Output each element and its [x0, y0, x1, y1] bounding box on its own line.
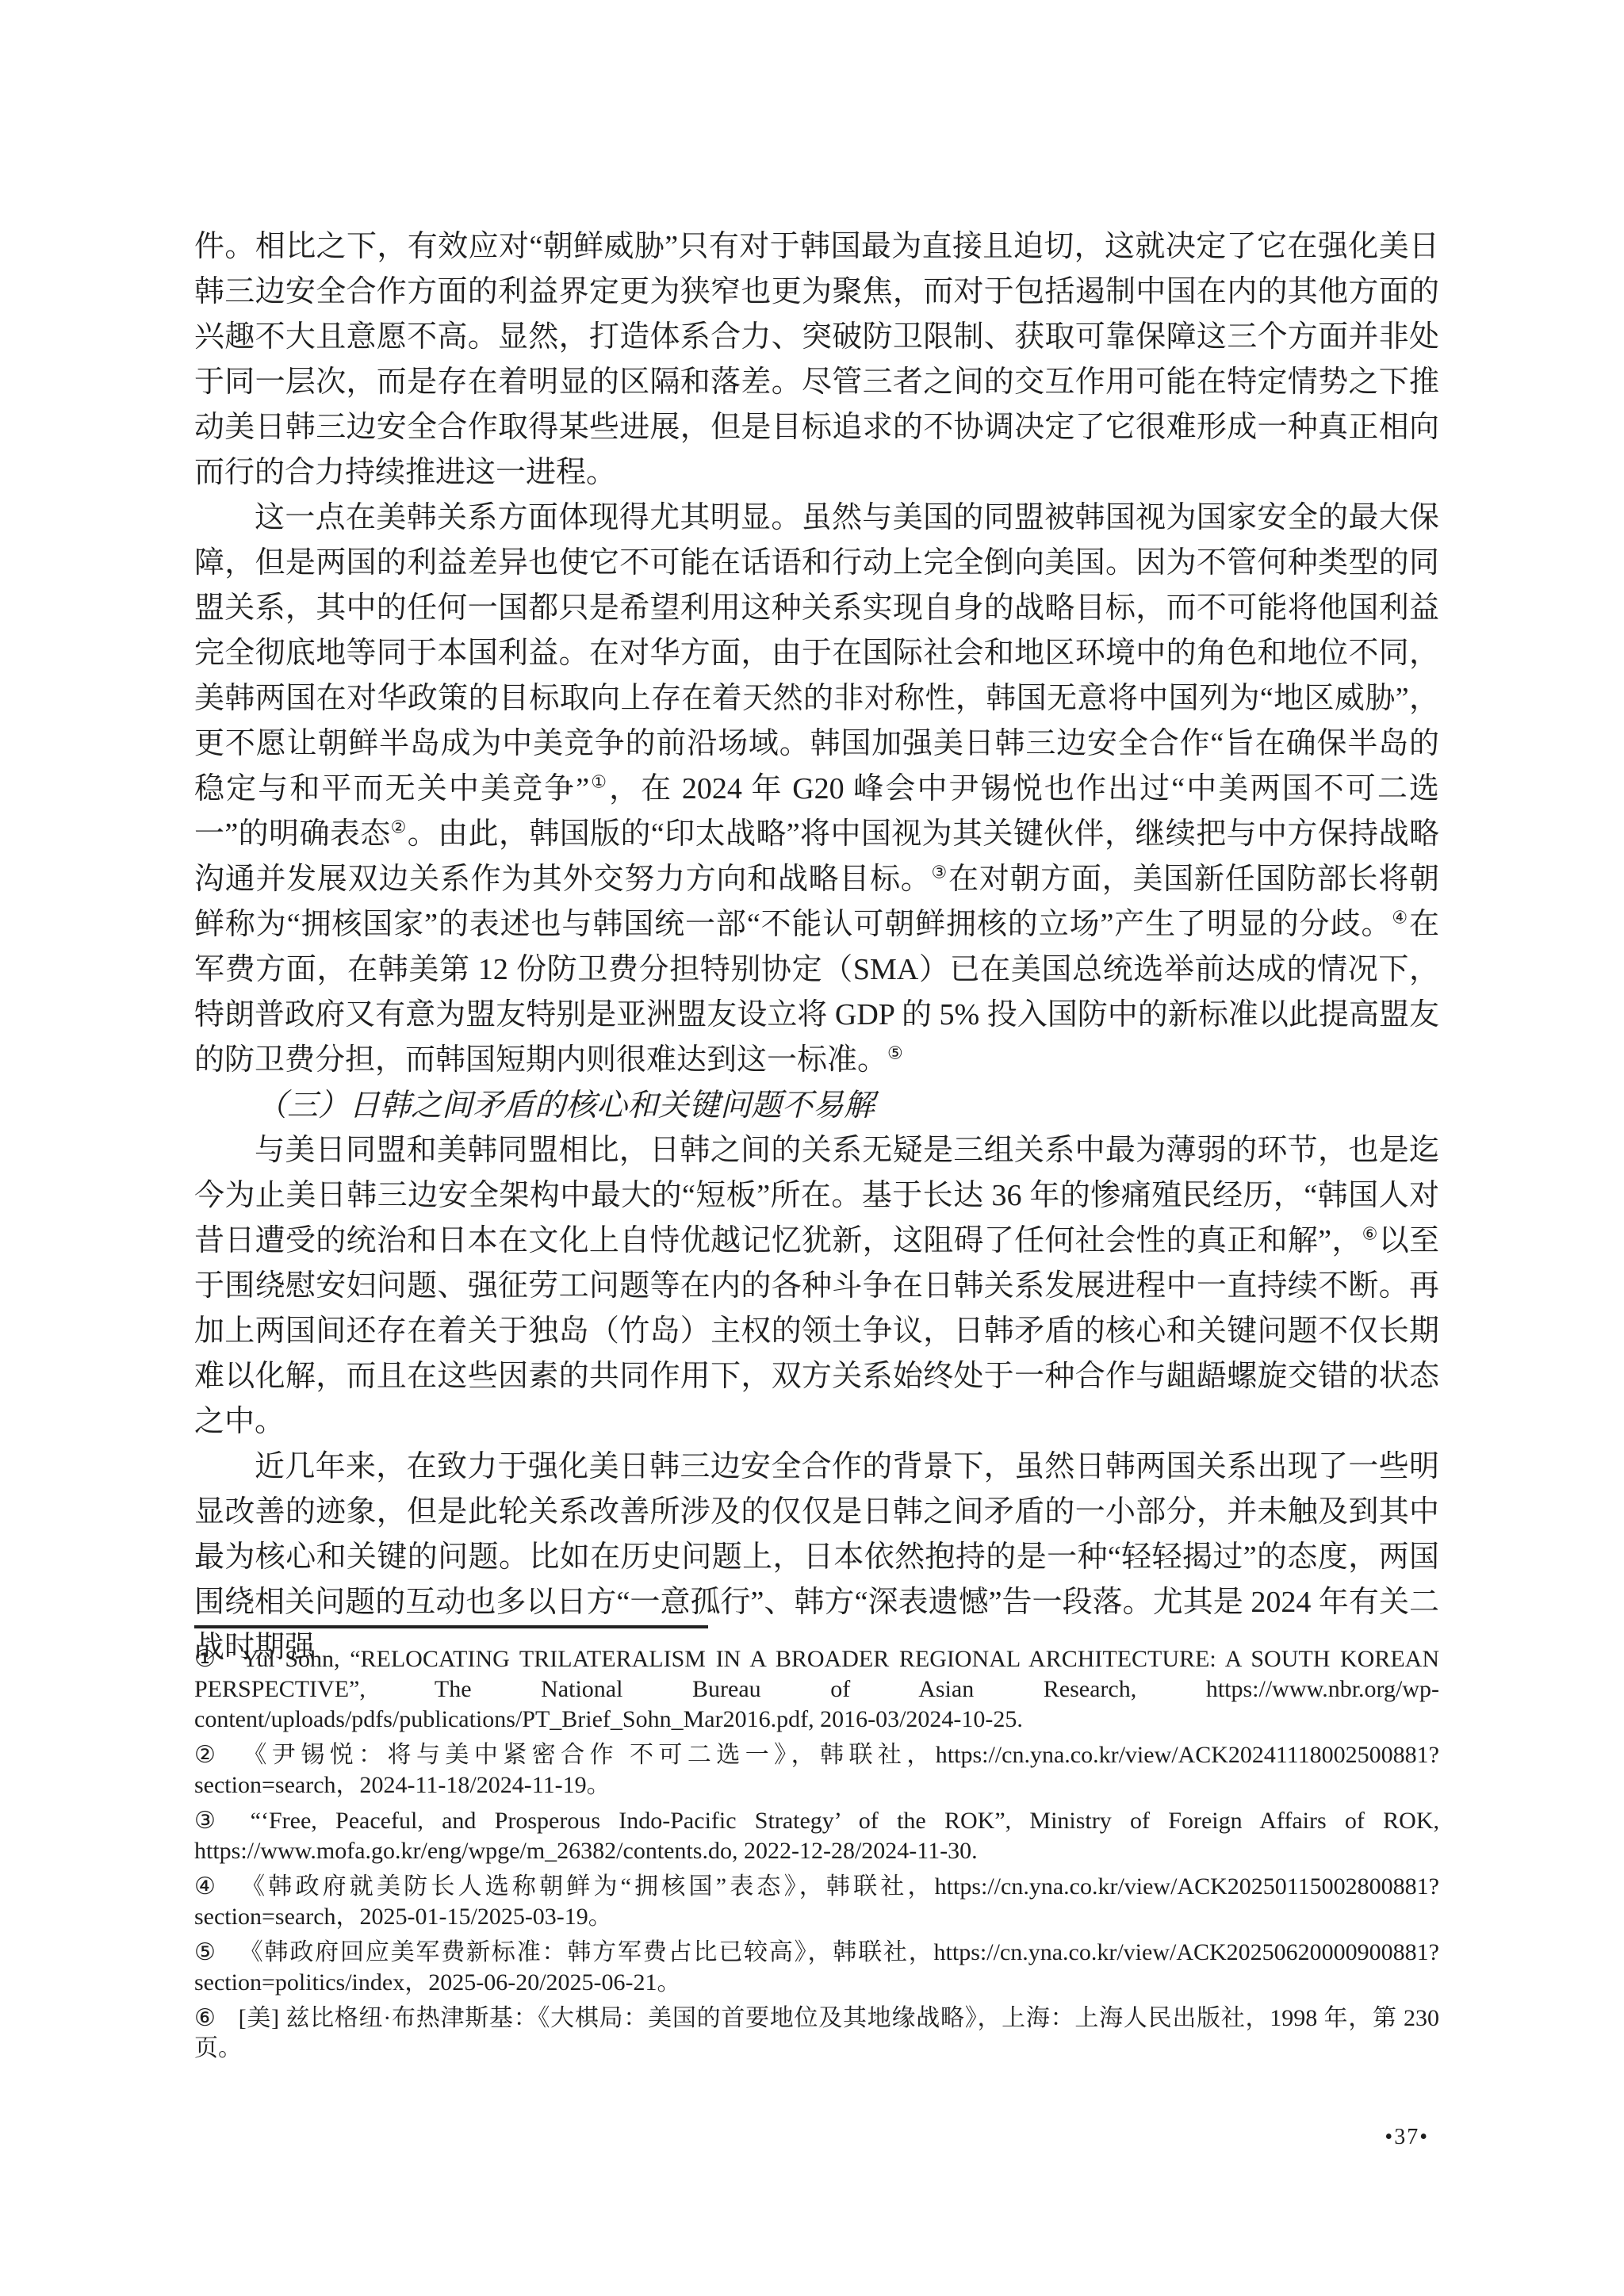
footnote-text: 《尹锡悦：将与美中紧密合作 不可二选一》，韩联社，https://cn.yna.…	[194, 1742, 1439, 1798]
paragraph-text: 这一点在美韩关系方面体现得尤其明显。虽然与美国的同盟被韩国视为国家安全的最大保障…	[194, 501, 1439, 806]
footnote-item: ②《尹锡悦：将与美中紧密合作 不可二选一》，韩联社，https://cn.yna…	[194, 1740, 1439, 1800]
paragraph-text: 与美日同盟和美韩同盟相比，日韩之间的关系无疑是三组关系中最为薄弱的环节，也是迄今…	[194, 1134, 1439, 1257]
paragraph: 近几年来，在致力于强化美日韩三边安全合作的背景下，虽然日韩两国关系出现了一些明显…	[194, 1445, 1439, 1670]
footnote-ref-5: ⑤	[887, 1043, 904, 1062]
footnote-separator	[194, 1625, 708, 1628]
footnote-ref-2: ②	[391, 817, 408, 836]
footnote-marker: ④	[194, 1873, 219, 1900]
footnote-ref-1: ①	[589, 771, 609, 791]
footnote-marker: ③	[194, 1808, 228, 1834]
paragraph-text: 近几年来，在致力于强化美日韩三边安全合作的背景下，虽然日韩两国关系出现了一些明显…	[194, 1450, 1439, 1664]
footnote-marker: ②	[194, 1742, 220, 1768]
paragraph: 件。相比之下，有效应对“朝鲜威胁”只有对于韩国最为直接且迫切，这就决定了它在强化…	[194, 224, 1439, 496]
footnote-item: ⑤《韩政府回应美军费新标准：韩方军费占比已较高》，韩联社，https://cn.…	[194, 1938, 1439, 1998]
footnote-item: ⑥[美] 兹比格纽·布热津斯基：《大棋局：美国的首要地位及其地缘战略》，上海：上…	[194, 2003, 1439, 2064]
paragraph-text: 件。相比之下，有效应对“朝鲜威胁”只有对于韩国最为直接且迫切，这就决定了它在强化…	[194, 230, 1439, 489]
footnote-text: [美] 兹比格纽·布热津斯基：《大棋局：美国的首要地位及其地缘战略》，上海：上海…	[194, 2005, 1439, 2061]
footnote-ref-4: ④	[1392, 907, 1409, 927]
footnote-marker: ⑤	[194, 1939, 217, 1965]
footnote-marker: ⑥	[194, 2005, 216, 2031]
article-body: 件。相比之下，有效应对“朝鲜威胁”只有对于韩国最为直接且迫切，这就决定了它在强化…	[194, 224, 1439, 1670]
footnote-ref-6: ⑥	[1362, 1223, 1379, 1243]
footnotes-section: ①Yul Sohn, “RELOCATING TRILATERALISM IN …	[194, 1644, 1439, 2069]
footnote-text: “‘Free, Peaceful, and Prosperous Indo-Pa…	[194, 1808, 1439, 1864]
paragraph: 这一点在美韩关系方面体现得尤其明显。虽然与美国的同盟被韩国视为国家安全的最大保障…	[194, 496, 1439, 1083]
paragraph: 与美日同盟和美韩同盟相比，日韩之间的关系无疑是三组关系中最为薄弱的环节，也是迄今…	[194, 1128, 1439, 1445]
footnote-item: ①Yul Sohn, “RELOCATING TRILATERALISM IN …	[194, 1644, 1439, 1735]
footnote-marker: ①	[194, 1646, 220, 1672]
footnote-item: ③“‘Free, Peaceful, and Prosperous Indo-P…	[194, 1806, 1439, 1866]
footnote-text: 《韩政府就美防长人选称朝鲜为“拥核国”表态》，韩联社，https://cn.yn…	[194, 1873, 1439, 1930]
footnote-text: Yul Sohn, “RELOCATING TRILATERALISM IN A…	[194, 1646, 1439, 1732]
footnote-text: 《韩政府回应美军费新标准：韩方军费占比已较高》，韩联社，https://cn.y…	[194, 1939, 1439, 1996]
document-page: 件。相比之下，有效应对“朝鲜威胁”只有对于韩国最为直接且迫切，这就决定了它在强化…	[0, 0, 1624, 2296]
section-heading: （三）日韩之间矛盾的核心和关键问题不易解	[194, 1083, 1439, 1128]
page-number: •37•	[1385, 2125, 1429, 2150]
footnote-ref-3: ③	[932, 862, 948, 882]
footnote-item: ④《韩政府就美防长人选称朝鲜为“拥核国”表态》，韩联社，https://cn.y…	[194, 1872, 1439, 1932]
